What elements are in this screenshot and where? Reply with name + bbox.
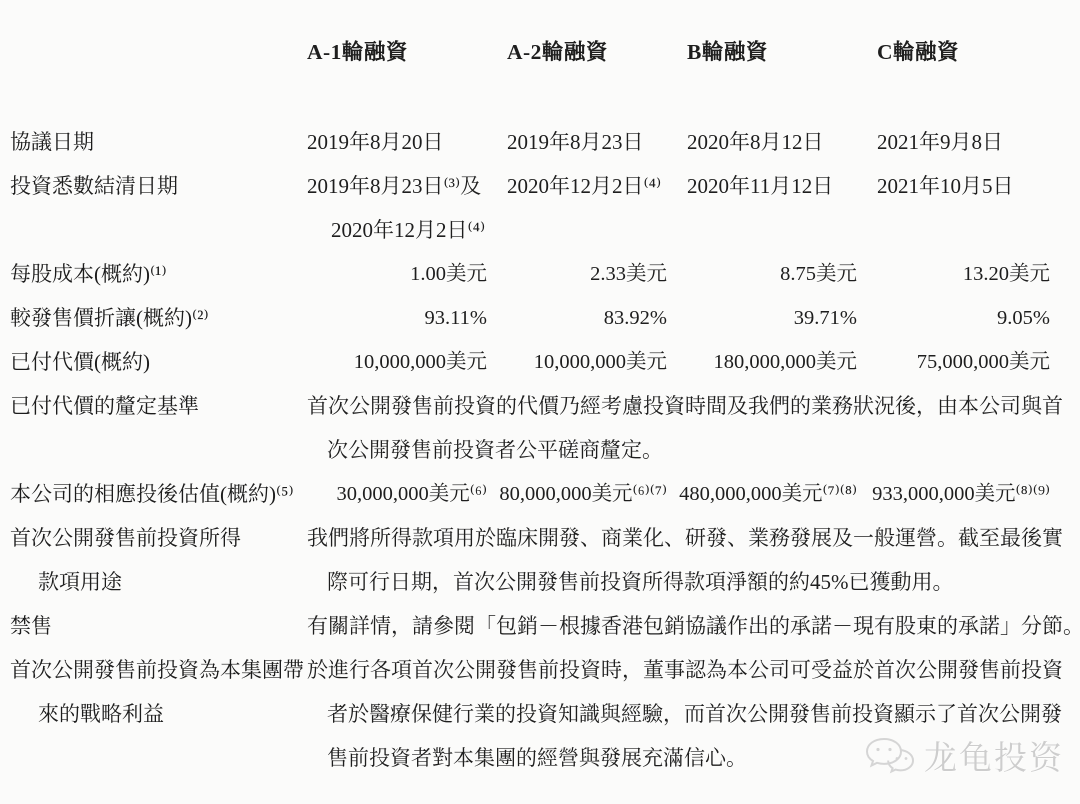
pre-ipo-investment-table: A-1輪融資 A-2輪融資 B輪融資 C輪融資 協議日期 2019年8月20日 … [0,0,1080,804]
consideration-paid-a2: 10,000,000美元 [497,340,677,384]
strategic-benefits-label-line1: 首次公開發售前投資為本集團帶 [10,648,297,692]
column-header-a2-round: A-2輪融資 [497,30,677,74]
row-use-of-proceeds: 首次公開發售前投資所得 款項用途 我們將所得款項用於臨床開發、商業化、研發、業務… [10,516,1080,604]
discount-c: 9.05% [867,296,1060,340]
row-label-agreement-date: 協議日期 [10,120,297,164]
use-of-proceeds-paragraph: 我們將所得款項用於臨床開發、商業化、研發、業務發展及一般運營。截至最後實 際可行… [297,516,1060,604]
settlement-date-a1-line2: 2020年12月2日⁽⁴⁾ [307,208,497,252]
row-label-cost-per-share: 每股成本(概約)⁽¹⁾ [10,252,297,296]
basis-paragraph: 首次公開發售前投資的代價乃經考慮投資時間及我們的業務狀況後，由本公司與首 次公開… [297,384,1060,472]
valuation-b: 480,000,000美元⁽⁷⁾⁽⁸⁾ [677,472,867,516]
consideration-paid-c: 75,000,000美元 [867,340,1060,384]
agreement-date-a2: 2019年8月23日 [497,120,677,164]
column-header-c-round: C輪融資 [867,30,1060,74]
row-settlement-date: 投資悉數結清日期 2019年8月23日⁽³⁾及 2020年12月2日⁽⁴⁾ 20… [10,164,1080,252]
lock-up-paragraph: 有關詳情，請參閱「包銷－根據香港包銷協議作出的承諾－現有股東的承諾」分節。 [297,604,1060,648]
strategic-benefits-line1: 於進行各項首次公開發售前投資時，董事認為本公司可受益於首次公開發售前投資 [307,648,1060,692]
row-label-basis: 已付代價的釐定基準 [10,384,297,428]
use-of-proceeds-label-line1: 首次公開發售前投資所得 [10,516,297,560]
use-of-proceeds-line1: 我們將所得款項用於臨床開發、商業化、研發、業務發展及一般運營。截至最後實 [307,516,1060,560]
agreement-date-a1: 2019年8月20日 [297,120,497,164]
basis-line2: 次公開發售前投資者公平磋商釐定。 [307,428,1060,472]
valuation-a2: 80,000,000美元⁽⁶⁾⁽⁷⁾ [497,472,677,516]
basis-line1: 首次公開發售前投資的代價乃經考慮投資時間及我們的業務狀況後，由本公司與首 [307,384,1060,428]
cost-per-share-a2: 2.33美元 [497,252,677,296]
column-header-a1-round: A-1輪融資 [297,30,497,74]
table-header-row: A-1輪融資 A-2輪融資 B輪融資 C輪融資 [10,30,1080,74]
agreement-date-b: 2020年8月12日 [677,120,867,164]
column-header-b-round: B輪融資 [677,30,867,74]
row-post-money-valuation: 本公司的相應投後估值(概約)⁽⁵⁾ 30,000,000美元⁽⁶⁾ 80,000… [10,472,1080,516]
consideration-paid-a1: 10,000,000美元 [297,340,497,384]
discount-a2: 83.92% [497,296,677,340]
row-lock-up: 禁售 有關詳情，請參閱「包銷－根據香港包銷協議作出的承諾－現有股東的承諾」分節。 [10,604,1080,648]
strategic-benefits-label-line2: 來的戰略利益 [10,692,297,736]
row-agreement-date: 協議日期 2019年8月20日 2019年8月23日 2020年8月12日 20… [10,120,1080,164]
valuation-a1: 30,000,000美元⁽⁶⁾ [297,472,497,516]
strategic-benefits-line2: 者於醫療保健行業的投資知識與經驗，而首次公開發售前投資顯示了首次公開發 [307,692,1060,736]
cost-per-share-b: 8.75美元 [677,252,867,296]
row-label-strategic-benefits: 首次公開發售前投資為本集團帶 來的戰略利益 [10,648,297,736]
cost-per-share-c: 13.20美元 [867,252,1060,296]
row-label-use-of-proceeds: 首次公開發售前投資所得 款項用途 [10,516,297,604]
settlement-date-a1-line1: 2019年8月23日⁽³⁾及 [307,164,497,208]
row-basis-of-consideration: 已付代價的釐定基準 首次公開發售前投資的代價乃經考慮投資時間及我們的業務狀況後，… [10,384,1080,472]
settlement-date-a2: 2020年12月2日⁽⁴⁾ [497,164,677,208]
wechat-bubbles-icon [864,736,916,776]
use-of-proceeds-line2: 際可行日期，首次公開發售前投資所得款項淨額的約45%已獲動用。 [307,560,1060,604]
settlement-date-c: 2021年10月5日 [867,164,1060,208]
row-label-discount: 較發售價折讓(概約)⁽²⁾ [10,296,297,340]
watermark: 龙龟投资 [864,732,1064,779]
discount-a1: 93.11% [297,296,497,340]
valuation-c: 933,000,000美元⁽⁸⁾⁽⁹⁾ [867,472,1060,516]
row-label-lock-up: 禁售 [10,604,297,648]
row-consideration-paid: 已付代價(概約) 10,000,000美元 10,000,000美元 180,0… [10,340,1080,384]
lock-up-text: 有關詳情，請參閱「包銷－根據香港包銷協議作出的承諾－現有股東的承諾」分節。 [307,604,1060,648]
row-label-consideration-paid: 已付代價(概約) [10,340,297,384]
row-cost-per-share: 每股成本(概約)⁽¹⁾ 1.00美元 2.33美元 8.75美元 13.20美元 [10,252,1080,296]
row-label-settlement-date: 投資悉數結清日期 [10,164,297,208]
agreement-date-c: 2021年9月8日 [867,120,1060,164]
row-discount-to-offer-price: 較發售價折讓(概約)⁽²⁾ 93.11% 83.92% 39.71% 9.05% [10,296,1080,340]
settlement-date-b: 2020年11月12日 [677,164,867,208]
cost-per-share-a1: 1.00美元 [297,252,497,296]
consideration-paid-b: 180,000,000美元 [677,340,867,384]
row-label-valuation: 本公司的相應投後估值(概約)⁽⁵⁾ [10,472,297,516]
discount-b: 39.71% [677,296,867,340]
settlement-date-a1: 2019年8月23日⁽³⁾及 2020年12月2日⁽⁴⁾ [297,164,497,252]
use-of-proceeds-label-line2: 款項用途 [10,560,297,604]
watermark-text: 龙龟投资 [924,732,1064,779]
